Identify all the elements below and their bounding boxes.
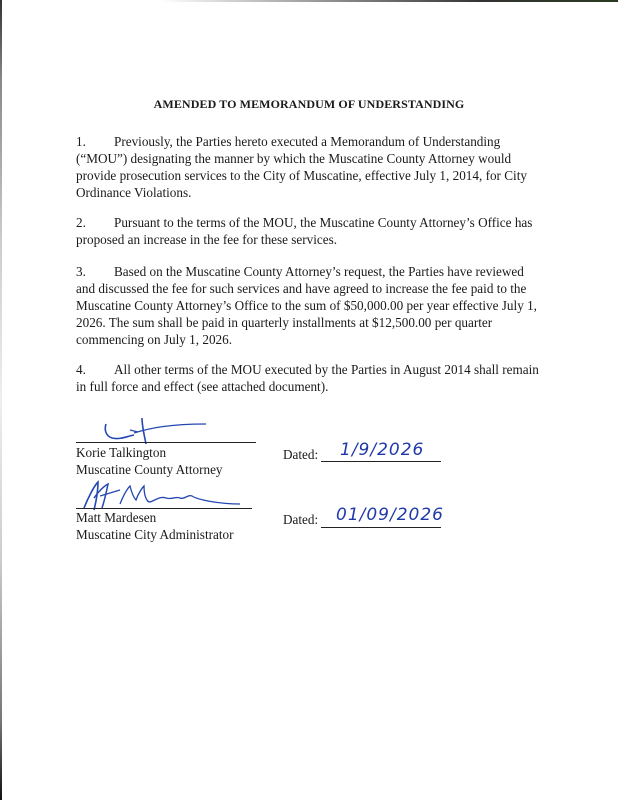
paragraph-number: 2.: [76, 214, 114, 231]
handwritten-date-2: 01/09/2026: [336, 505, 444, 525]
signatory-county-attorney: Korie Talkington Muscatine County Attorn…: [76, 444, 266, 478]
paragraph-2: 2.Pursuant to the terms of the MOU, the …: [76, 214, 544, 248]
handwritten-date-1: 1/9/2026: [340, 440, 424, 460]
paragraph-number: 3.: [76, 263, 114, 280]
paragraph-4: 4.All other terms of the MOU executed by…: [76, 361, 544, 395]
dated-label-2: Dated:: [283, 511, 318, 528]
document-title: AMENDED TO MEMORANDUM OF UNDERSTANDING: [0, 97, 618, 112]
paragraph-1: 1.Previously, the Parties hereto execute…: [76, 133, 544, 201]
paragraph-number: 4.: [76, 361, 114, 378]
date-line-2: [321, 527, 441, 528]
signature-city-administrator: [80, 478, 260, 512]
dated-label-1: Dated:: [283, 446, 318, 463]
signatory-role: Muscatine County Attorney: [76, 461, 266, 478]
paragraph-text: Based on the Muscatine County Attorney’s…: [76, 264, 537, 347]
signatory-city-administrator: Matt Mardesen Muscatine City Administrat…: [76, 509, 266, 543]
paragraph-number: 1.: [76, 133, 114, 150]
paragraph-text: All other terms of the MOU executed by t…: [76, 362, 539, 394]
signatory-name: Matt Mardesen: [76, 509, 266, 526]
signatory-name: Korie Talkington: [76, 444, 266, 461]
paragraph-3: 3.Based on the Muscatine County Attorney…: [76, 263, 544, 348]
paragraph-text: Pursuant to the terms of the MOU, the Mu…: [76, 215, 532, 247]
scan-edge-left: [0, 0, 2, 800]
scan-edge-top: [160, 0, 618, 2]
signatory-role: Muscatine City Administrator: [76, 526, 266, 543]
signature-line-county-attorney: [76, 442, 256, 443]
paragraph-text: Previously, the Parties hereto executed …: [76, 134, 527, 200]
date-line-1: [321, 461, 441, 462]
